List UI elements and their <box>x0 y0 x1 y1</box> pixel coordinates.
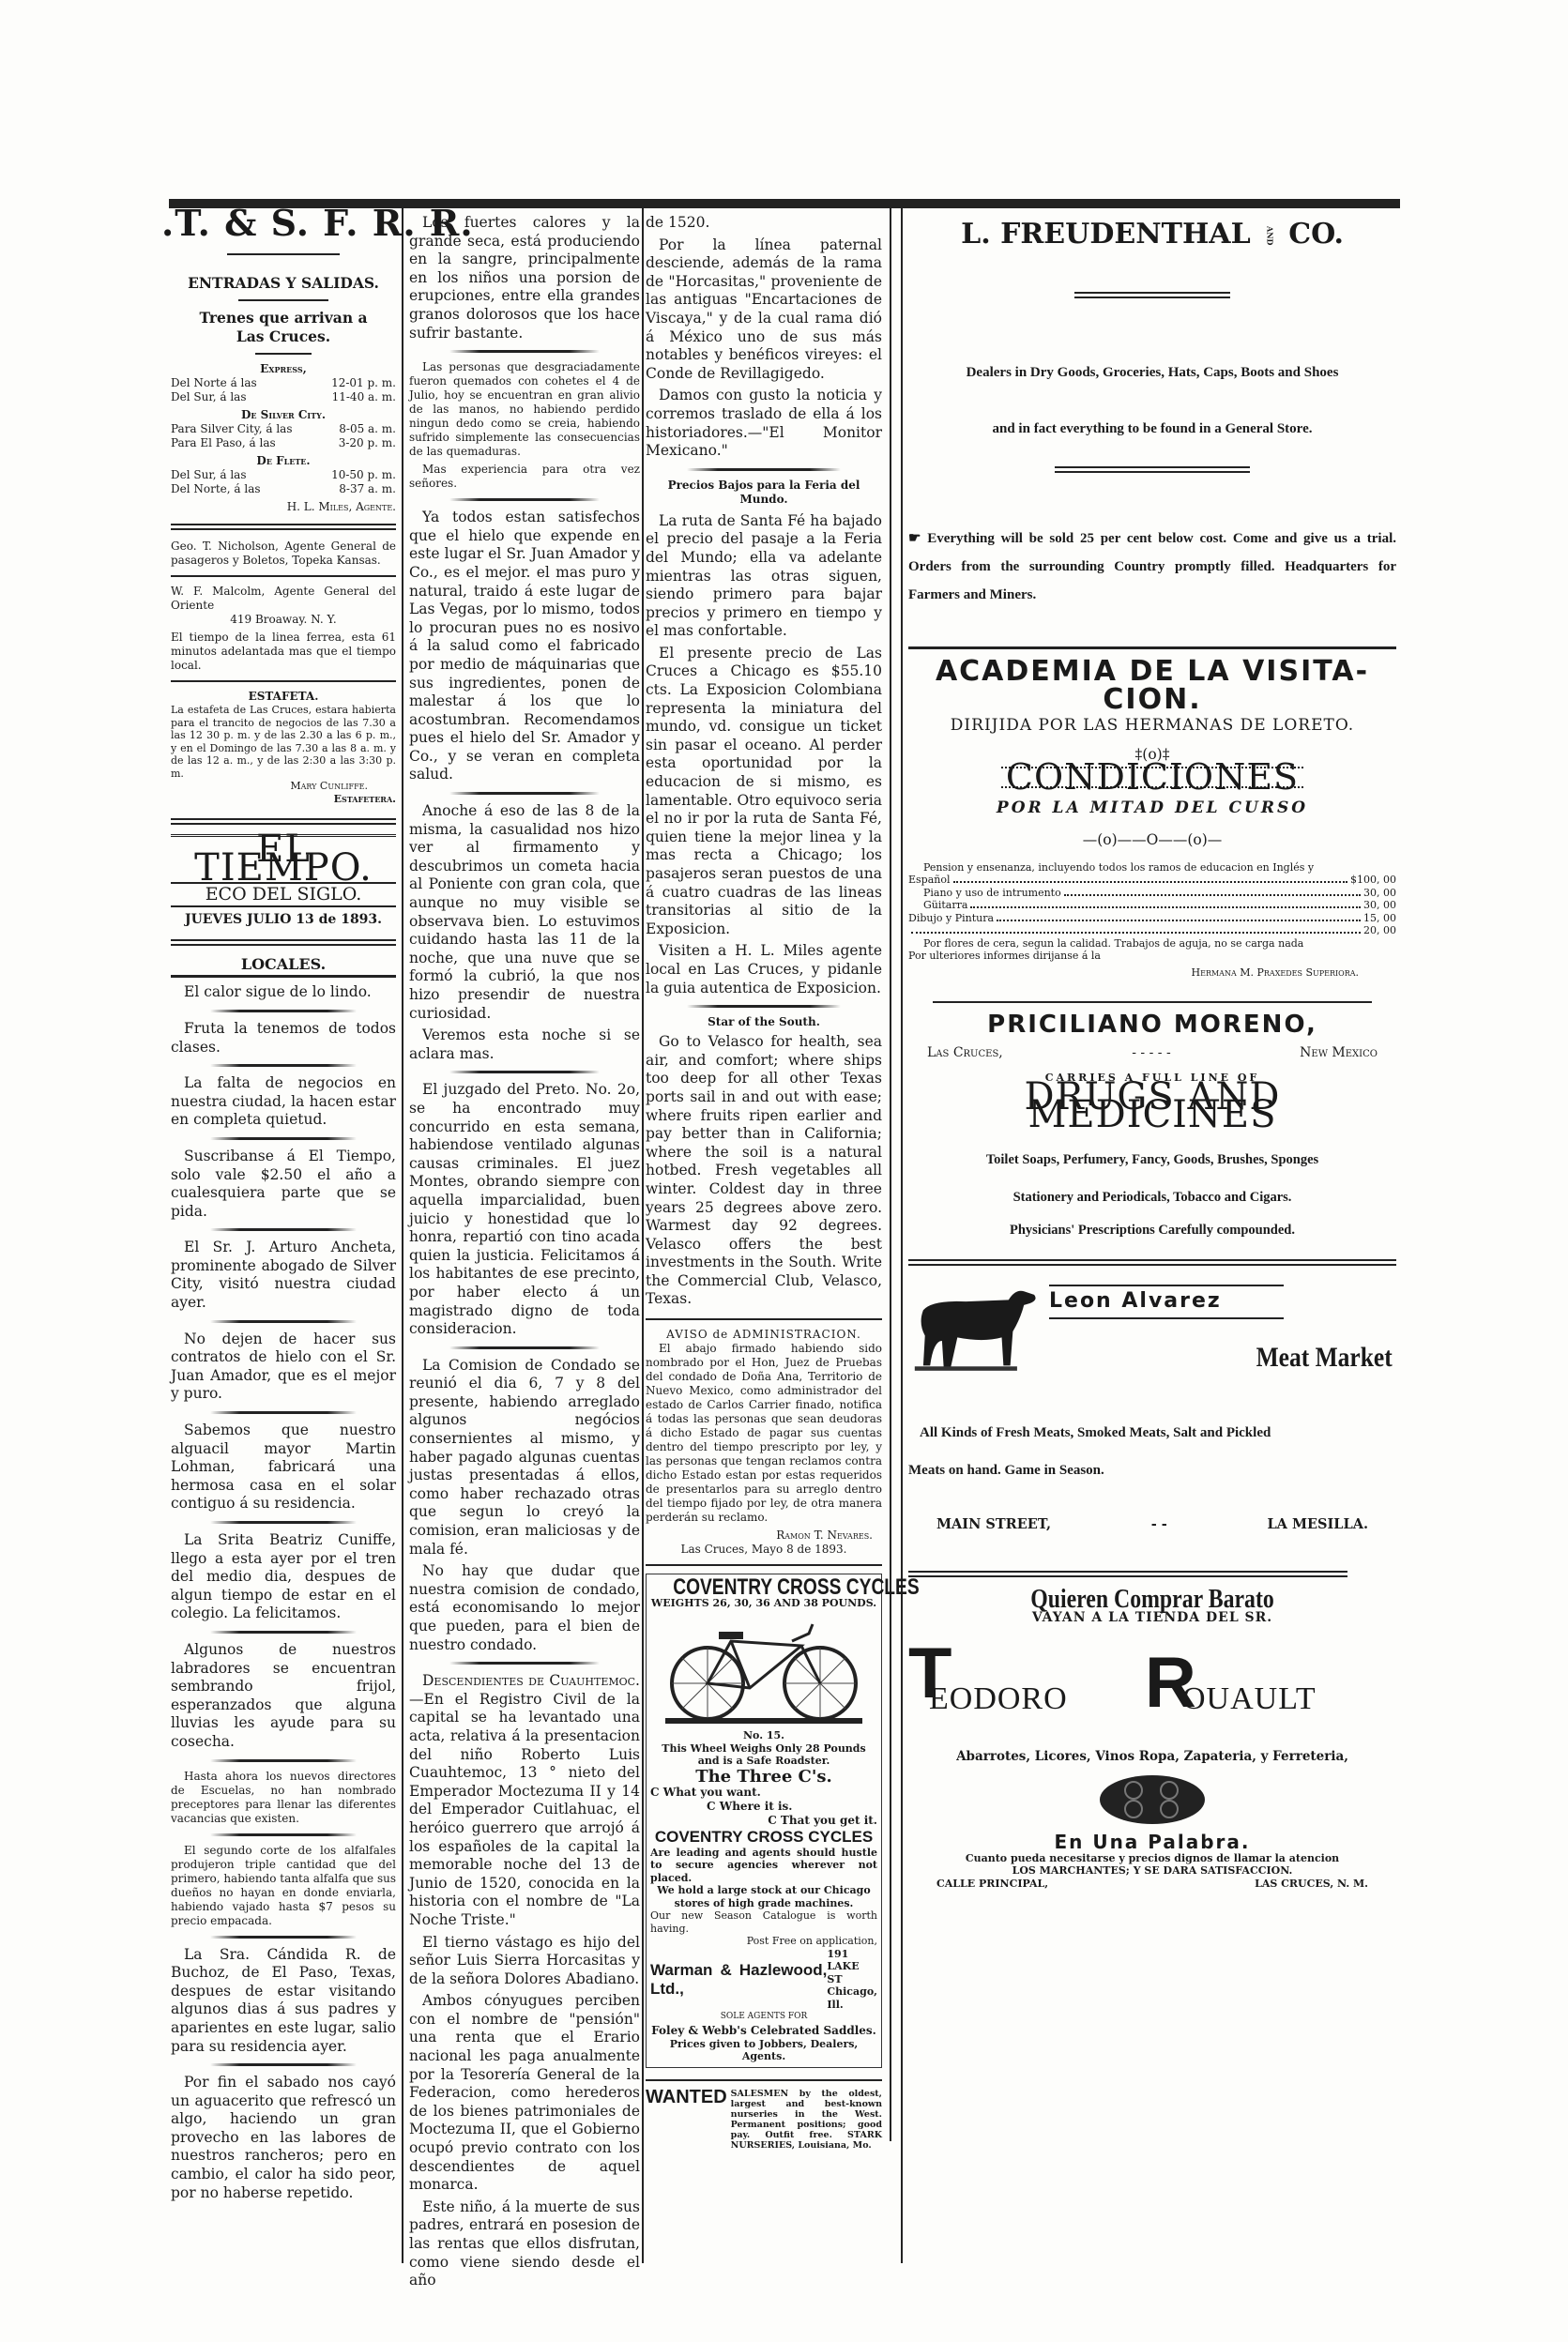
divider <box>210 1010 357 1012</box>
article-paragraph: Los fuertes calores y la grande seca, es… <box>409 214 640 342</box>
rouault-headline: Quieren Comprar Barato <box>945 1590 1360 1609</box>
fee-row: Dibujo y Pintura15, 00 <box>908 912 1396 925</box>
schedule-row: Del Sur, á las10-50 p. m. <box>171 468 396 482</box>
column-3: de 1520. Por la línea paternal desciende… <box>646 214 882 2151</box>
divider <box>646 2079 882 2081</box>
coventry-sole: SOLE AGENTS FOR <box>650 2011 877 2024</box>
column-4: L. FREUDENTHAL AND CO. Dealers in Dry Go… <box>908 214 1396 1890</box>
bull-illustration-icon <box>908 1285 1049 1378</box>
dateline: JUEVES JULIO 13 de 1893. <box>171 911 396 930</box>
divider <box>171 524 396 530</box>
divider <box>210 1521 357 1524</box>
schedule-row: Del Norte, á las8-37 a. m. <box>171 482 396 496</box>
estafeta-text: La estafeta de Las Cruces, estara habier… <box>171 704 396 780</box>
trains-heading: Trenes que arrivan a Las Cruces. <box>195 309 371 345</box>
schedule-row: Para Silver City, á las8-05 a. m. <box>171 422 396 436</box>
fee-row: 20, 00 <box>908 924 1396 937</box>
divider <box>933 1001 1372 1003</box>
coventry-stock: We hold a large stock at our Chicago sto… <box>650 1884 877 1909</box>
article-paragraph: Por la línea paternal desciende, además … <box>646 236 882 384</box>
moreno-name: PRICILIANO MORENO, <box>908 1016 1396 1035</box>
article-paragraph: Anoche á eso de las 8 de la misma, la ca… <box>409 802 640 1023</box>
coventry-lead: Are leading and agents should hustle to … <box>650 1847 877 1885</box>
divider <box>210 1936 357 1939</box>
moreno-line2: Stationery and Periodicals, Tobacco and … <box>908 1189 1396 1208</box>
newspaper-page: .T. & S. F. R. R. ENTRADAS Y SALIDAS. Tr… <box>0 0 1568 2342</box>
star-heading: Star of the South. <box>646 1015 882 1029</box>
divider <box>908 646 1396 649</box>
silver-schedule: Para Silver City, á las8-05 a. m. Para E… <box>171 422 396 450</box>
divider <box>210 1833 357 1836</box>
divider <box>449 1346 600 1349</box>
c-line: C What you want. <box>650 1786 877 1800</box>
divider <box>171 818 396 825</box>
academia-contact: Por ulteriores informes dirijanse á la <box>908 950 1396 963</box>
article-paragraph: Veremos esta noche si se aclara mas. <box>409 1027 640 1063</box>
freudenthal-ad: L. FREUDENTHAL AND CO. Dealers in Dry Go… <box>908 225 1396 609</box>
divider <box>687 1005 841 1008</box>
divider <box>171 680 396 682</box>
fee-row: Piano y uso de intrumento30, 00 <box>908 887 1396 900</box>
rouault-ad: Quieren Comprar Barato VAYAN A LA TIENDA… <box>908 1590 1396 1890</box>
c-line: C Where it is. <box>650 1800 877 1814</box>
schedule-row: Del Sur, á las11-40 a. m. <box>171 390 396 404</box>
moreno-location: Las Cruces,- - - - -New Mexico <box>908 1044 1396 1063</box>
feria-heading: Precios Bajos para la Feria del Mundo. <box>646 479 882 507</box>
rouault-line2: LOS MARCHANTES; Y SE DARA SATISFACCION. <box>908 1864 1396 1878</box>
drugs-title: DRUGS AND MEDICINES <box>908 1088 1396 1125</box>
flete-label: De Flete. <box>171 454 396 468</box>
three-cs: The Three C's. <box>650 1768 877 1787</box>
article-paragraph: El tierno vástago es hijo del señor Luis… <box>409 1934 640 1989</box>
local-item: La Srita Beatriz Cuniffe, llego a esta a… <box>171 1531 396 1623</box>
local-item: El segundo corte de los alfalfales produ… <box>171 1844 396 1928</box>
divider <box>449 498 600 501</box>
star-text: Go to Velasco for health, sea air, and c… <box>646 1033 882 1309</box>
divider <box>227 253 340 255</box>
nicholson-notice: Geo. T. Nicholson, Agente General de pas… <box>171 540 396 568</box>
aviso-heading: AVISO de ADMINISTRACION. <box>646 1328 882 1342</box>
meat-address: MAIN STREET,- -LA MESILLA. <box>908 1515 1396 1534</box>
express-label: Express, <box>171 362 396 376</box>
article-paragraph: Damos con gusto la noticia y corremos tr… <box>646 387 882 460</box>
local-item: Hasta ahora los nuevos directores de Esc… <box>171 1770 396 1826</box>
c-line: C That you get it. <box>650 1814 877 1828</box>
article-paragraph: Mas experiencia para otra vez señores. <box>409 463 640 491</box>
coventry-catalogue: Our new Season Catalogue is worth having… <box>650 1909 877 1935</box>
divider <box>210 1137 357 1140</box>
academia-flowers: Por flores de cera, segun la calidad. Tr… <box>908 937 1396 950</box>
moreno-line1: Toilet Soaps, Perfumery, Fancy, Goods, B… <box>908 1151 1396 1170</box>
coventry-model: No. 15. <box>650 1729 877 1742</box>
meat-owner: Leon Alvarez <box>1049 1289 1222 1313</box>
meat-description: All Kinds of Fresh Meats, Smoked Meats, … <box>908 1414 1396 1489</box>
coventry-title: COVENTRY CROSS CYCLES <box>673 1578 855 1597</box>
divider <box>646 1318 882 1320</box>
wanted-ad: WANTED SALESMEN by the oldest, largest a… <box>646 2089 882 2151</box>
aviso-signer: Ramon T. Nevares. <box>646 1528 882 1543</box>
divider <box>1074 292 1230 298</box>
article-paragraph: No hay que dudar que nuestra comision de… <box>409 1562 640 1654</box>
coventry-post-free: Post Free on application, <box>650 1935 877 1948</box>
divider <box>210 2063 357 2066</box>
divider <box>449 792 600 795</box>
floral-ornament-icon <box>1096 1772 1209 1828</box>
wanted-text: SALESMEN by the oldest, largest and best… <box>731 2089 882 2151</box>
agent-name: H. L. Miles, Agente. <box>171 500 396 514</box>
meat-owner-box: Leon Alvarez <box>1049 1285 1284 1320</box>
divider <box>449 1662 600 1665</box>
bicycle-illustration-icon <box>661 1613 867 1726</box>
column-1: .T. & S. F. R. R. ENTRADAS Y SALIDAS. Tr… <box>171 214 396 2206</box>
divider <box>210 1411 357 1414</box>
divider <box>210 1759 357 1762</box>
divider <box>255 353 312 355</box>
divider <box>449 1071 600 1073</box>
express-schedule: Del Norte á las12-01 p. m. Del Sur, á la… <box>171 376 396 404</box>
coventry-model-note: This Wheel Weighs Only 28 Pounds and is … <box>650 1742 877 1768</box>
local-item: Sabemos que nuestro alguacil mayor Marti… <box>171 1422 396 1513</box>
column-divider-1 <box>402 208 403 2263</box>
local-item: El Sr. J. Arturo Ancheta, prominente abo… <box>171 1239 396 1312</box>
local-item: No dejen de hacer sus contratos de hielo… <box>171 1331 396 1404</box>
locales-heading: LOCALES. <box>171 955 396 979</box>
railroad-title: .T. & S. F. R. R. <box>161 214 396 233</box>
time-note: El tiempo de la linea ferrea, esta 61 mi… <box>171 631 396 673</box>
divider <box>449 350 600 353</box>
article-paragraph: Ambos cónyugues perciben con el nombre d… <box>409 1992 640 2195</box>
article-paragraph: Ya todos estan satisfechos que el hielo … <box>409 509 640 784</box>
pointing-hand-icon: ☛ <box>908 531 921 546</box>
freudenthal-line1: Dealers in Dry Goods, Groceries, Hats, C… <box>908 364 1396 383</box>
divider <box>171 939 396 946</box>
academia-intro: Pension y ensenanza, incluyendo todos lo… <box>908 861 1396 874</box>
cuauhtemoc-title: Descendientes de Cuauhtemoc. <box>422 1672 640 1689</box>
moreno-line3: Physicians' Prescriptions Carefully comp… <box>908 1222 1396 1240</box>
freudenthal-line2: and in fact everything to be found in a … <box>908 420 1396 439</box>
divider <box>1055 466 1250 473</box>
coventry-title-2: COVENTRY CROSS CYCLES <box>650 1828 877 1847</box>
article-paragraph: El presente precio de Las Cruces a Chica… <box>646 645 882 939</box>
local-item: Por fin el sabado nos cayó un aguacerito… <box>171 2074 396 2202</box>
condiciones-title: CONDICIONES <box>1001 767 1303 789</box>
divider <box>687 468 841 471</box>
local-item: La falta de negocios en nuestra ciudad, … <box>171 1074 396 1130</box>
divider <box>210 1631 357 1634</box>
coventry-ad: COVENTRY CROSS CYCLES WEIGHTS 26, 30, 36… <box>646 1574 882 2068</box>
cuauhtemoc-article: Descendientes de Cuauhtemoc.—En el Regis… <box>409 1672 640 1929</box>
local-item: Fruta la tenemos de todos clases. <box>171 1020 396 1057</box>
local-item: Suscribanse á El Tiempo, solo vale $2.50… <box>171 1148 396 1221</box>
divider <box>908 1571 1347 1577</box>
flete-schedule: Del Sur, á las10-50 p. m. Del Norte, á l… <box>171 468 396 496</box>
mitad-curso: POR LA MITAD DEL CURSO <box>908 799 1396 818</box>
meat-market-title: Meat Market <box>1256 1348 1393 1367</box>
postmistress-title: Estafetera. <box>171 793 396 806</box>
freudenthal-title: L. FREUDENTHAL AND CO. <box>908 225 1396 245</box>
column-divider-3 <box>890 208 891 2141</box>
rouault-slogan: En Una Palabra. <box>908 1833 1396 1852</box>
divider <box>908 1259 1396 1266</box>
divider <box>171 575 396 577</box>
academia-directed: DIRIJIDA POR LAS HERMANAS DE LORETO. <box>908 717 1396 736</box>
article-paragraph: Visiten a H. L. Miles agente local en La… <box>646 942 882 997</box>
rouault-goods: Abarrotes, Licores, Vinos Ropa, Zapateri… <box>908 1748 1396 1767</box>
divider <box>238 299 328 301</box>
article-paragraph: Este niño, á la muerte de sus padres, en… <box>409 2198 640 2290</box>
divider <box>210 1228 357 1231</box>
divider <box>646 1564 882 1566</box>
freudenthal-promo: ☛ Everything will be sold 25 per cent be… <box>908 525 1396 609</box>
column-divider-2 <box>642 208 644 2263</box>
article-paragraph: Las personas que desgraciadamente fueron… <box>409 360 640 459</box>
malcolm-notice-2: 419 Broaway. N. Y. <box>171 613 396 627</box>
divider <box>210 1064 357 1067</box>
masthead-title: EL TIEMPO. <box>171 834 396 877</box>
article-paragraph: La ruta de Santa Fé ha bajado el precio … <box>646 512 882 641</box>
aviso-text: El abajo firmado habiendo sido nombrado … <box>646 1342 882 1525</box>
column-2: Los fuertes calores y la grande seca, es… <box>409 214 640 2294</box>
academia-title-1: ACADEMIA DE LA VISITA- <box>908 662 1396 681</box>
coventry-prices: Prices given to Jobbers, Dealers, Agents… <box>650 2038 877 2063</box>
rouault-line1: Cuanto pueda necesitarse y precios digno… <box>908 1852 1396 1865</box>
local-item: La Sra. Cándida R. de Buchoz, de El Paso… <box>171 1946 396 2057</box>
silver-label: De Silver City. <box>171 408 396 422</box>
schedule-heading: ENTRADAS Y SALIDAS. <box>171 274 396 293</box>
aviso-date: Las Cruces, Mayo 8 de 1893. <box>646 1543 882 1557</box>
article-paragraph: La Comision de Condado se reunió el dia … <box>409 1357 640 1559</box>
article-paragraph: El juzgado del Preto. No. 2o, se ha enco… <box>409 1081 640 1338</box>
academia-ad: ACADEMIA DE LA VISITA- CION. DIRIJIDA PO… <box>908 662 1396 979</box>
rouault-address: CALLE PRINCIPAL,LAS CRUCES, N. M. <box>908 1878 1396 1891</box>
schedule-row: Del Norte á las12-01 p. m. <box>171 376 396 390</box>
rouault-name: T EODORO R OUAULT <box>908 1634 1396 1737</box>
schedule-row: Para El Paso, á las3-20 p. m. <box>171 436 396 450</box>
divider <box>210 1320 357 1323</box>
postmistress-name: Mary Cunliffe. <box>171 780 396 793</box>
column-divider-3b <box>901 208 903 2263</box>
local-item: Algunos de nuestros labradores se encuen… <box>171 1641 396 1752</box>
academia-signer: Hermana M. Praxedes Superiora. <box>908 966 1396 980</box>
fee-row: Güitarra30, 00 <box>908 899 1396 912</box>
ornament: —(o)——O——(o)— <box>908 831 1396 850</box>
coventry-address: 191 LAKE ST Chicago, Ill. <box>827 1948 877 2012</box>
meat-market-ad: Leon Alvarez Meat Market All Kinds of Fr… <box>908 1275 1396 1510</box>
article-paragraph: de 1520. <box>646 214 882 233</box>
local-item: El calor sigue de lo lindo. <box>171 983 396 1002</box>
fee-row: Español$100, 00 <box>908 874 1396 887</box>
wanted-title: WANTED <box>646 2089 727 2107</box>
estafeta-heading: ESTAFETA. <box>171 690 396 704</box>
coventry-firm: Warman & Hazlewood, Ltd., <box>650 1961 827 1998</box>
academia-title-2: CION. <box>908 691 1396 709</box>
coventry-saddles: Foley & Webb's Celebrated Saddles. <box>650 2024 877 2038</box>
moreno-ad: PRICILIANO MORENO, Las Cruces,- - - - -N… <box>908 1016 1396 1240</box>
coventry-firm-row: Warman & Hazlewood, Ltd., 191 LAKE ST Ch… <box>650 1948 877 2012</box>
malcolm-notice-1: W. F. Malcolm, Agente General del Orient… <box>171 585 396 613</box>
locales-list: El calor sigue de lo lindo. Fruta la ten… <box>171 983 396 2202</box>
